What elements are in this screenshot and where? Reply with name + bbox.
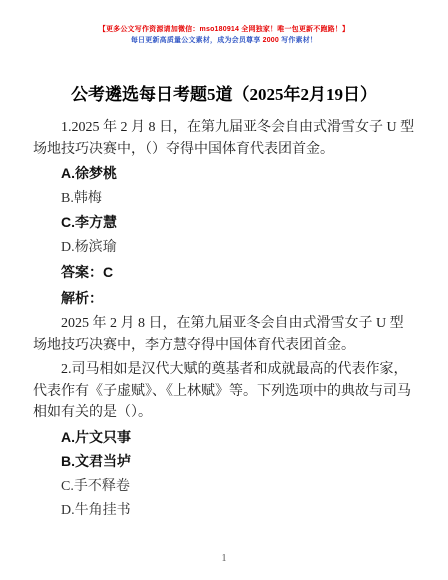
page-number: 1 bbox=[0, 553, 448, 564]
document-title: 公考遴选每日考题5道（2025年2月19日） bbox=[0, 80, 448, 105]
question-1-option-d: D.杨滨瑜 bbox=[61, 237, 415, 259]
promo-notice-line2-prefix: 每日更新高质量公文素材，成为会员尊享 bbox=[131, 37, 263, 44]
question-1-option-c: C.李方慧 bbox=[61, 212, 415, 234]
question-1-answer: 答案：C bbox=[61, 262, 415, 284]
document-page: 【更多公文写作资源请加微信：mso180914 全网独家！唯一包更新不跑路！】 … bbox=[0, 0, 448, 580]
question-1-option-a: A.徐梦桃 bbox=[61, 163, 415, 185]
promo-notice-line2-suffix: 写作素材！ bbox=[279, 37, 317, 44]
promo-notice-line1: 【更多公文写作资源请加微信：mso180914 全网独家！唯一包更新不跑路！】 bbox=[0, 24, 448, 35]
question-1-analysis: 2025 年 2 月 8 日，在第九届亚冬会自由式滑雪女子 U 型场地技巧决赛中… bbox=[33, 313, 415, 356]
question-1-stem: 1.2025 年 2 月 8 日，在第九届亚冬会自由式滑雪女子 U 型场地技巧决… bbox=[33, 117, 415, 160]
promo-notice: 【更多公文写作资源请加微信：mso180914 全网独家！唯一包更新不跑路！】 … bbox=[0, 0, 448, 46]
question-2-option-b: B.文君当垆 bbox=[61, 451, 415, 473]
question-2-option-d: D.牛角挂书 bbox=[61, 500, 415, 522]
question-2-option-c: C.手不释卷 bbox=[61, 476, 415, 498]
question-1-analysis-label: 解析： bbox=[61, 288, 415, 310]
document-body: 1.2025 年 2 月 8 日，在第九届亚冬会自由式滑雪女子 U 型场地技巧决… bbox=[33, 117, 415, 522]
promo-notice-line2: 每日更新高质量公文素材，成为会员尊享 2000 写作素材！ bbox=[0, 35, 448, 46]
question-1-option-b: B.韩梅 bbox=[61, 188, 415, 210]
question-2-option-a: A.片文只事 bbox=[61, 427, 415, 449]
promo-notice-count: 2000 bbox=[263, 37, 279, 44]
question-2-stem: 2.司马相如是汉代大赋的奠基者和成就最高的代表作家，代表作有《子虚赋》、《上林赋… bbox=[33, 359, 415, 424]
